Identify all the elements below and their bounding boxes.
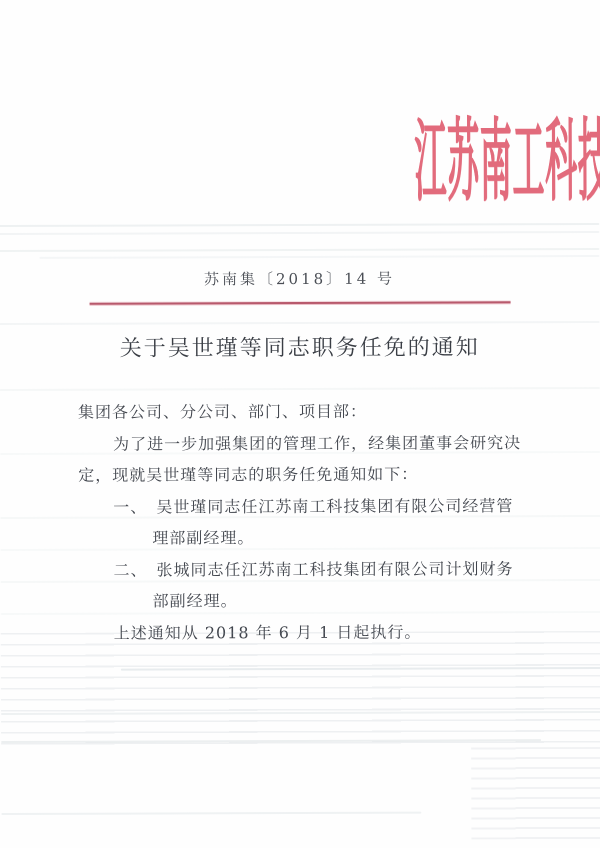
body-line-text: 上述通知从 2018 年 6 月 1 日起执行。 [114,622,422,642]
letterhead-title: 江苏南工科技集团有限公司文件 [414,110,600,212]
body-line: 一、吴世瑾同志任江苏南工科技集团有限公司经营管 [78,490,528,523]
scan-artifact-patch [471,747,600,839]
body-line: 为了进一步加强集团的管理工作，经集团董事会研究决 [78,427,528,460]
scan-artifact [0,223,599,227]
scan-artifact [0,387,600,391]
body-line: 定，现就吴世瑾等同志的职务任免通知如下： [78,458,528,491]
document-body: 集团各公司、分公司、部门、项目部：为了进一步加强集团的管理工作，经集团董事会研究… [78,395,529,649]
body-line-text: 部副经理。 [153,591,238,610]
body-line: 二、张城同志任江苏南工科技集团有限公司计划财务 [78,553,528,586]
body-line: 部副经理。 [79,584,529,617]
list-item-marker: 一、 [113,497,147,516]
body-line: 理部副经理。 [78,521,528,554]
body-line-text: 集团各公司、分公司、部门、项目部： [78,402,367,422]
scan-artifact [39,255,599,259]
red-separator-rule [90,301,511,304]
scan-artifact [1,711,600,715]
scan-artifact [1,739,541,743]
scan-artifact [0,248,599,252]
body-line-text: 理部副经理。 [152,528,254,547]
notice-title: 关于吴世瑾等同志职务任免的通知 [0,333,600,365]
body-line-text: 定，现就吴世瑾等同志的职务任免通知如下： [78,465,418,485]
body-line-text: 吴世瑾同志任江苏南工科技集团有限公司经营管 [156,496,513,516]
letterhead: 江苏南工科技集团有限公司文件 [0,111,599,213]
scanned-sheet: 江苏南工科技集团有限公司文件 苏南集〔2018〕14 号 关于吴世瑾等同志职务任… [0,0,600,848]
scan-artifact [1,812,421,815]
body-line-text: 张城同志任江苏南工科技集团有限公司计划财务 [156,559,513,579]
scan-artifact [0,231,599,235]
scan-artifact [121,667,600,671]
body-line: 集团各公司、分公司、部门、项目部： [78,395,528,428]
doc-number: 苏南集〔2018〕14 号 [0,265,600,293]
scan-artifact [0,321,600,325]
document-page: 江苏南工科技集团有限公司文件 苏南集〔2018〕14 号 关于吴世瑾等同志职务任… [0,0,600,848]
body-line-text: 为了进一步加强集团的管理工作，经集团董事会研究决 [113,433,521,453]
body-line: 上述通知从 2018 年 6 月 1 日起执行。 [79,616,529,649]
list-item-marker: 二、 [113,560,147,579]
